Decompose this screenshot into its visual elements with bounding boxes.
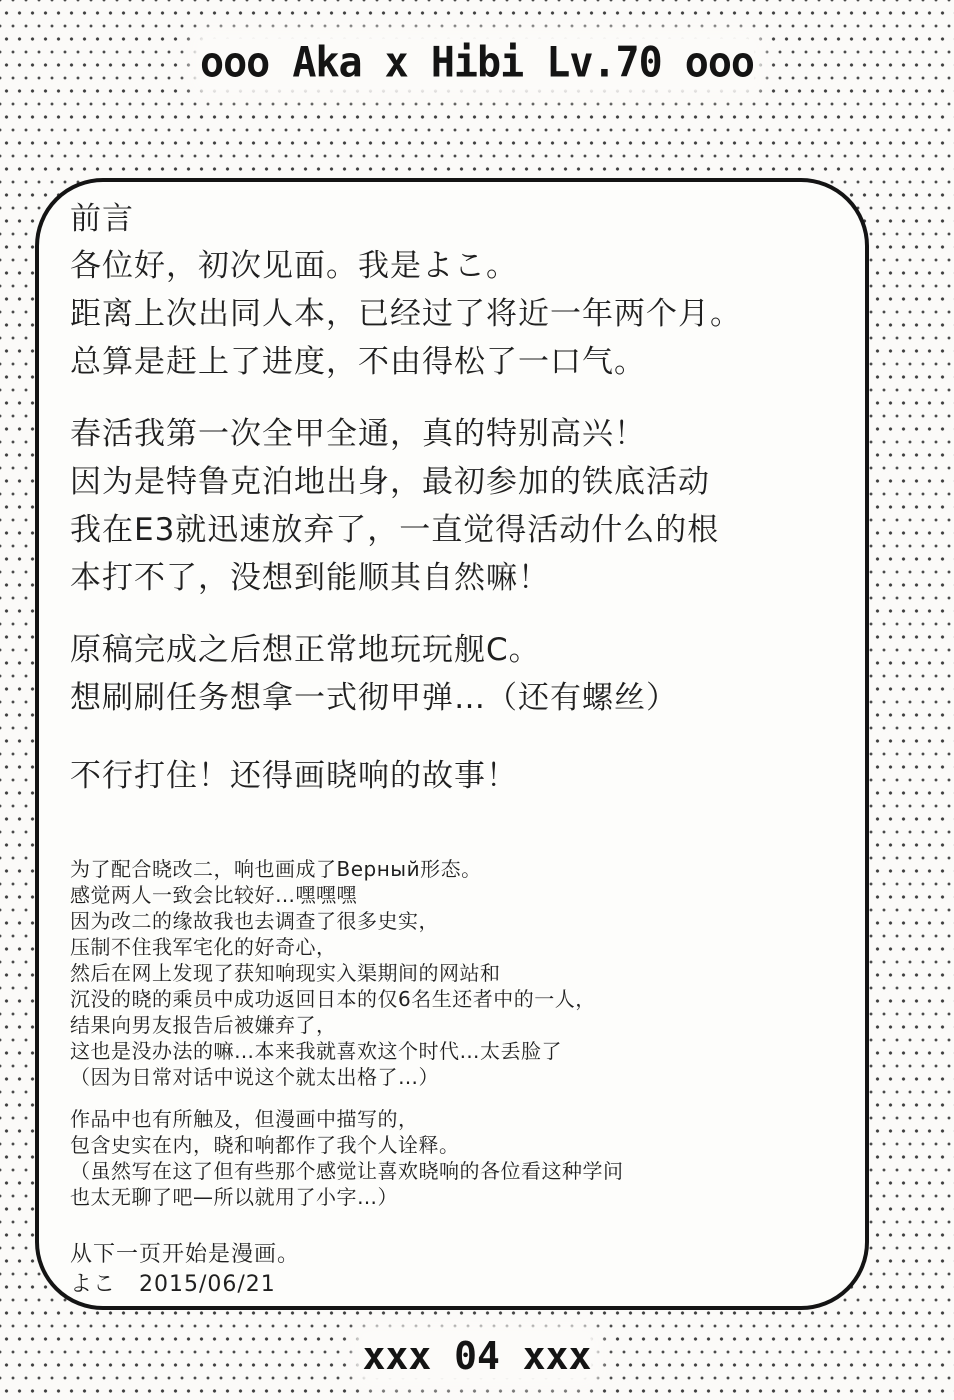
preface-line: 各位好，初次见面。我是よこ。: [70, 242, 839, 290]
page-header: ooo Aka x Hibi Lv.70 ooo: [0, 40, 954, 86]
preface-line: 包含史实在内，晓和响都作了我个人诠释。: [70, 1132, 839, 1158]
preface-line: 压制不住我军宅化的好奇心，: [70, 934, 839, 960]
preface-line: （虽然写在这了但有些那个感觉让喜欢晓响的各位看这种学问: [70, 1158, 839, 1184]
preface-line: 然后在网上发现了获知响现实入渠期间的网站和: [70, 960, 839, 986]
scanned-preface-page: ooo Aka x Hibi Lv.70 ooo 前言 各位好，初次见面。我是よ…: [0, 0, 954, 1400]
preface-line: 这也是没办法的嘛…本来我就喜欢这个时代…太丢脸了: [70, 1038, 839, 1064]
preface-paragraph-kancolle: 原稿完成之后想正常地玩玩舰C。 想刷刷任务想拿一式彻甲弹…（还有螺丝）: [70, 626, 839, 722]
page-number: xxx 04 xxx: [363, 1334, 592, 1378]
preface-paragraph-intro: 各位好，初次见面。我是よこ。 距离上次出同人本，已经过了将近一年两个月。 总算是…: [70, 242, 839, 386]
header-title-text: ooo Aka x Hibi Lv.70 ooo: [200, 39, 754, 87]
preface-closing-line: 从下一页开始是漫画。: [70, 1240, 839, 1270]
preface-line: 本打不了，没想到能顺其自然嘛！: [70, 554, 839, 602]
preface-heading: 前言: [70, 196, 839, 242]
preface-signature-date: よこ 2015/06/21: [70, 1270, 839, 1300]
preface-line: 春活我第一次全甲全通，真的特别高兴！: [70, 410, 839, 458]
preface-paragraph-stop: 不行打住！还得画晓响的故事！: [70, 752, 839, 800]
preface-line: 原稿完成之后想正常地玩玩舰C。: [70, 626, 839, 674]
preface-line: 距离上次出同人本，已经过了将近一年两个月。: [70, 290, 839, 338]
preface-line: 因为改二的缘故我也去调查了很多史实，: [70, 908, 839, 934]
preface-line: 作品中也有所触及，但漫画中描写的，: [70, 1106, 839, 1132]
preface-line: 总算是赶上了进度，不由得松了一口气。: [70, 338, 839, 386]
preface-line: 结果向男友报告后被嫌弃了，: [70, 1012, 839, 1038]
preface-line: 因为是特鲁克泊地出身，最初参加的铁底活动: [70, 458, 839, 506]
preface-line: 我在E3就迅速放弃了，一直觉得活动什么的根: [70, 506, 839, 554]
preface-line: 沉没的晓的乘员中成功返回日本的仅6名生还者中的一人，: [70, 986, 839, 1012]
preface-paragraph-history-notes: 为了配合晓改二，响也画成了Верный形态。 感觉两人一致会比较好…嘿嘿嘿 因为…: [70, 856, 839, 1090]
page-footer: xxx 04 xxx: [0, 1334, 954, 1378]
preface-paragraph-interpretation: 作品中也有所触及，但漫画中描写的， 包含史实在内，晓和响都作了我个人诠释。 （虽…: [70, 1106, 839, 1210]
preface-line: 为了配合晓改二，响也画成了Верный形态。: [70, 856, 839, 882]
preface-line: 不行打住！还得画晓响的故事！: [70, 752, 839, 800]
preface-line: 感觉两人一致会比较好…嘿嘿嘿: [70, 882, 839, 908]
preface-signature-block: 从下一页开始是漫画。 よこ 2015/06/21: [70, 1240, 839, 1300]
preface-line: 想刷刷任务想拿一式彻甲弹…（还有螺丝）: [70, 674, 839, 722]
preface-line: 也太无聊了吧—所以就用了小字…）: [70, 1184, 839, 1210]
preface-paragraph-spring-event: 春活我第一次全甲全通，真的特别高兴！ 因为是特鲁克泊地出身，最初参加的铁底活动 …: [70, 410, 839, 602]
preface-line: （因为日常对话中说这个就太出格了…）: [70, 1064, 839, 1090]
preface-box: 前言 各位好，初次见面。我是よこ。 距离上次出同人本，已经过了将近一年两个月。 …: [35, 178, 869, 1310]
